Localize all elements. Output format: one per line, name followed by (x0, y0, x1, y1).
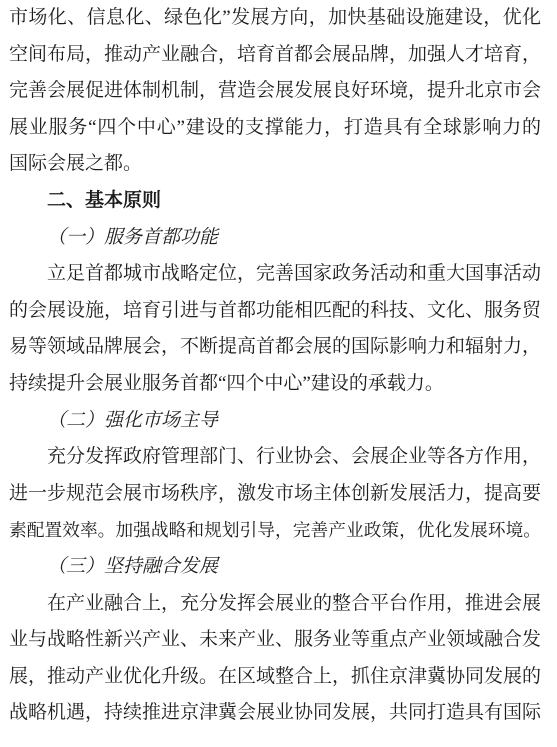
text-line: 展，推动产业优化升级。在区域整合上，抓住京津冀协同发展的 (9, 659, 541, 696)
text-line: 空间布局，推动产业融合，培育首都会展品牌，加强人才培育， (9, 37, 541, 74)
text-line: 在产业融合上，充分发挥会展业的整合平台作用，推进会展 (9, 586, 541, 623)
text-line: 易等领域品牌展会，不断提高首都会展的国际影响力和辐射力， (9, 329, 541, 366)
text-line: 市场化、信息化、绿色化”发展方向，加快基础设施建设，优化 (9, 0, 541, 37)
text-line: 立足首都城市战略定位，完善国家政务活动和重大国事活动 (9, 256, 541, 293)
text-line: 展业服务“四个中心”建设的支撑能力，打造具有全球影响力的 (9, 110, 541, 147)
text-line: 素配置效率。加强战略和规划引导，完善产业政策，优化发展环境。 (9, 512, 541, 549)
text-line: 的会展设施，培育引进与首都功能相匹配的科技、文化、服务贸 (9, 293, 541, 330)
text-line: 战略机遇，持续推进京津冀会展业协同发展，共同打造具有国际 (9, 695, 541, 732)
subsection-heading: （三）坚持融合发展 (9, 549, 541, 586)
text-line: 持续提升会展业服务首都“四个中心”建设的承载力。 (9, 366, 541, 403)
text-line: 充分发挥政府管理部门、行业协会、会展企业等各方作用， (9, 439, 541, 476)
subsection-heading: （二）强化市场主导 (9, 403, 541, 440)
text-line: 业与战略性新兴产业、未来产业、服务业等重点产业领域融合发 (9, 622, 541, 659)
section-heading: 二、基本原则 (9, 183, 541, 220)
document-page: 市场化、信息化、绿色化”发展方向，加快基础设施建设，优化 空间布局，推动产业融合… (0, 0, 557, 747)
text-line: 完善会展促进体制机制，营造会展发展良好环境，提升北京市会 (9, 73, 541, 110)
text-line: 国际会展之都。 (9, 146, 541, 183)
text-line: 进一步规范会展市场秩序，激发市场主体创新发展活力，提高要 (9, 476, 541, 513)
subsection-heading: （一）服务首都功能 (9, 220, 541, 257)
